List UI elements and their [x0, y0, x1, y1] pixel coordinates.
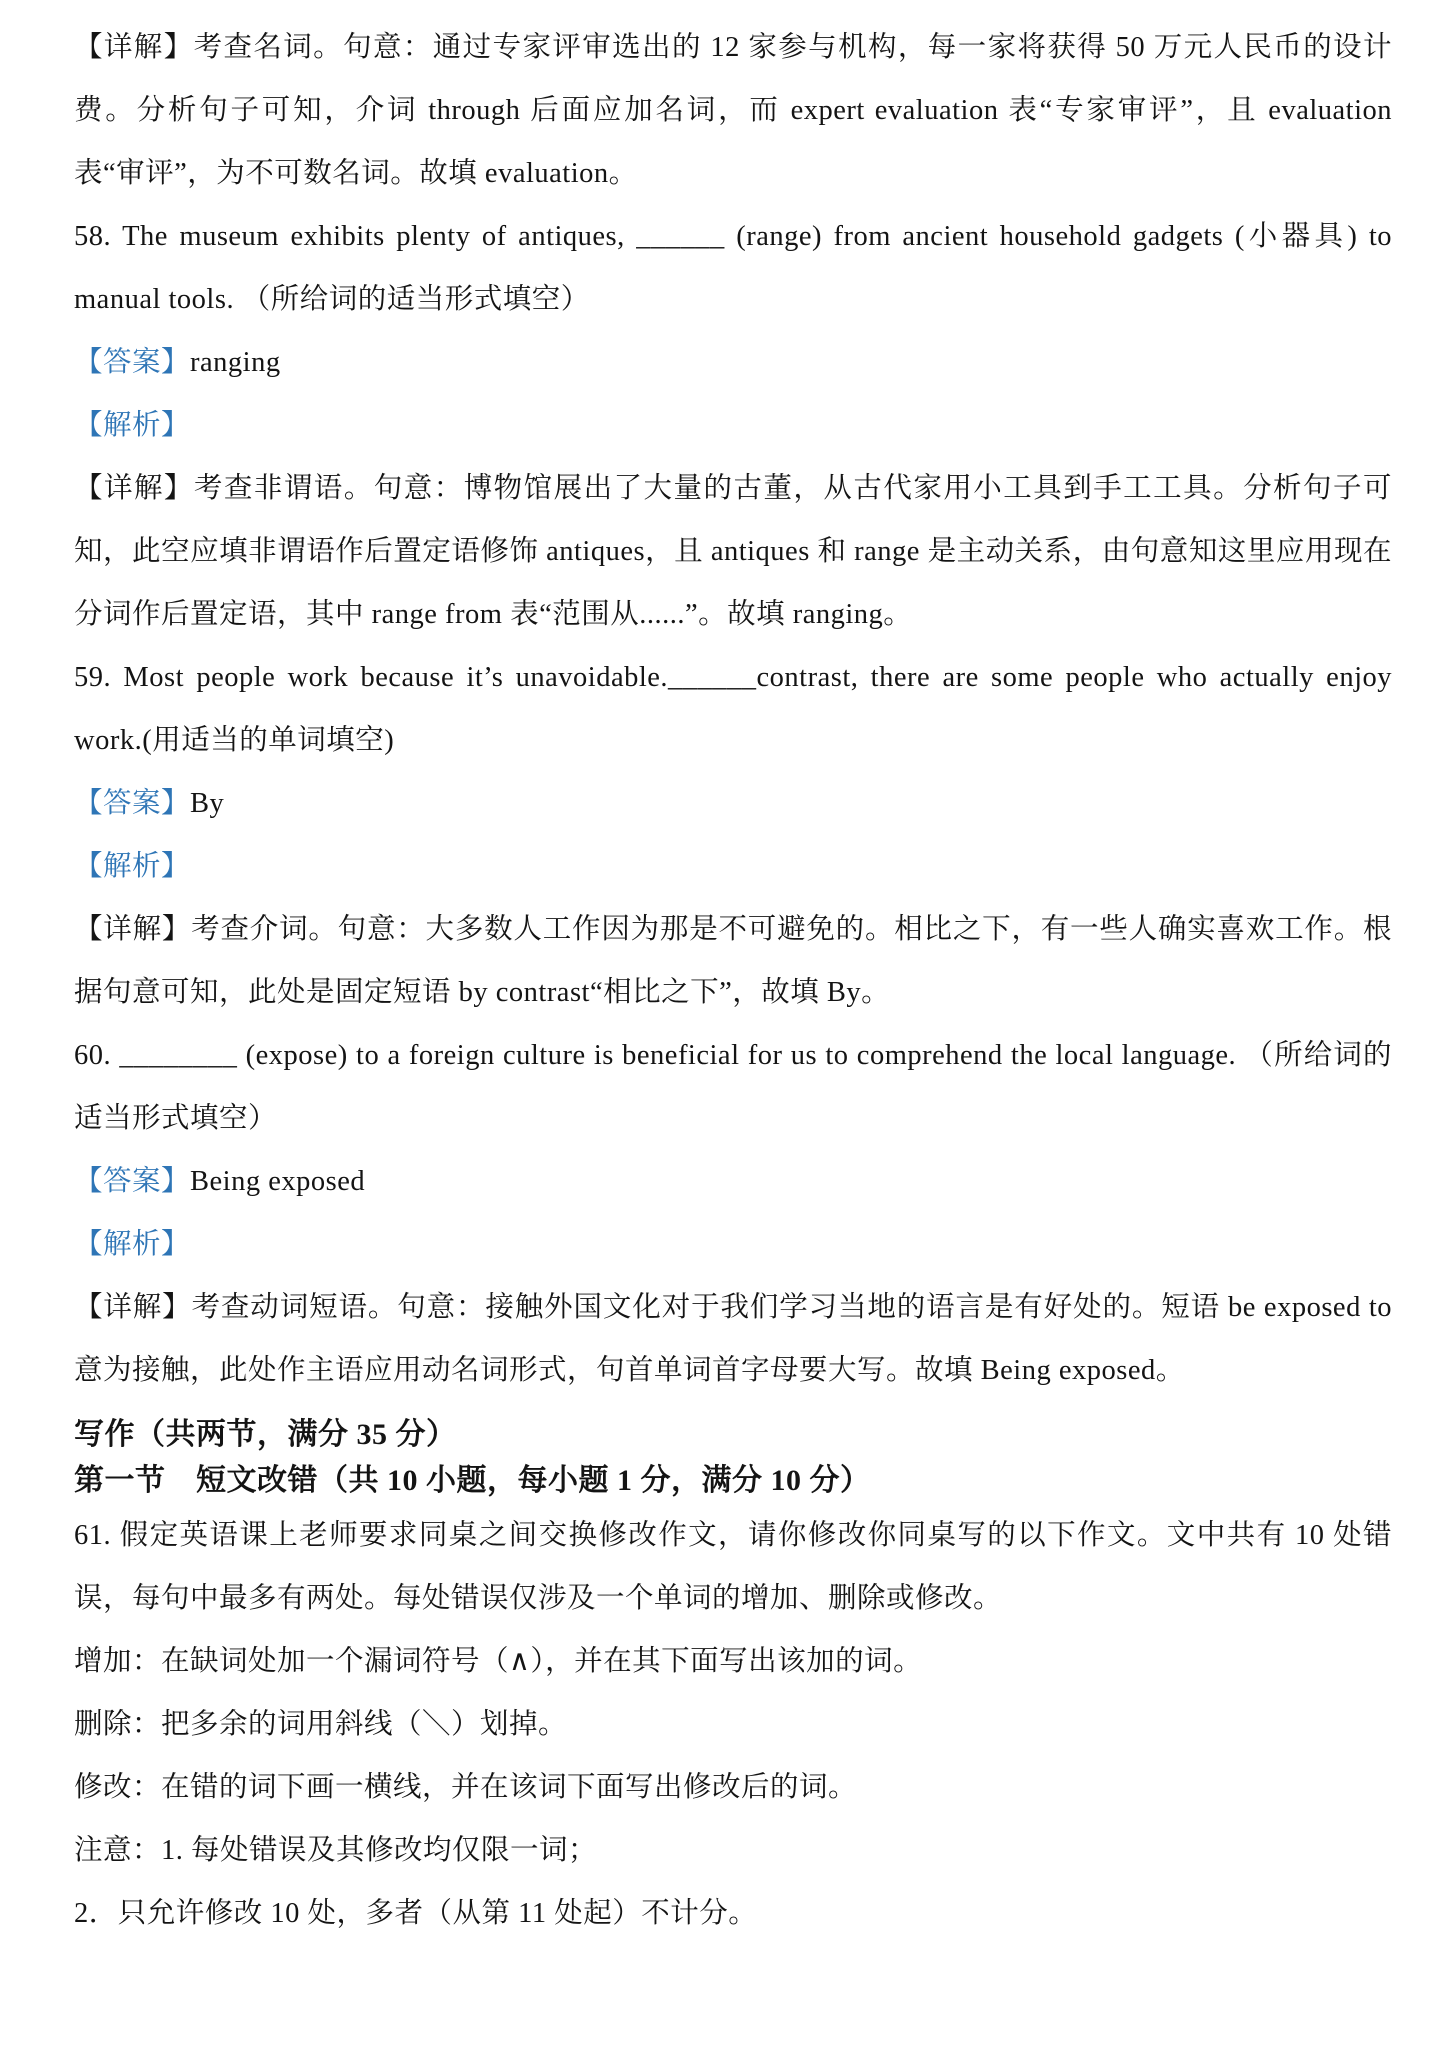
exam-answer-document-page: 【详解】考查名词。句意：通过专家评审选出的 12 家参与机构，每一家将获得 50…: [0, 0, 1448, 2048]
q58-answer-line: 【答案】ranging: [74, 331, 1392, 394]
writing-section-heading: 写作（共两节，满分 35 分）: [74, 1402, 1392, 1458]
q58-analysis-line: 【解析】: [74, 394, 1392, 457]
error-correction-subheading: 第一节 短文改错（共 10 小题，每小题 1 分，满分 10 分）: [74, 1458, 1392, 1504]
q58-answer-value: ranging: [190, 347, 281, 378]
q61-rule-modify: 修改：在错的词下画一横线，并在该词下面写出修改后的词。: [74, 1756, 1392, 1819]
answer-label: 【答案】: [74, 1166, 190, 1197]
q61-intro-paragraph: 61. 假定英语课上老师要求同桌之间交换修改作文，请你修改你同桌写的以下作文。文…: [74, 1504, 1392, 1630]
q61-rule-add: 增加：在缺词处加一个漏词符号（∧），并在其下面写出该加的词。: [74, 1630, 1392, 1693]
analysis-label: 【解析】: [74, 410, 190, 441]
q58-question: 58. The museum exhibits plenty of antiqu…: [74, 205, 1392, 331]
q61-rule-delete: 删除：把多余的词用斜线（＼）划掉。: [74, 1693, 1392, 1756]
q60-answer-line: 【答案】Being exposed: [74, 1150, 1392, 1213]
q61-note-2: 2．只允许修改 10 处，多者（从第 11 处起）不计分。: [74, 1882, 1392, 1945]
q60-detail-paragraph: 【详解】考查动词短语。句意：接触外国文化对于我们学习当地的语言是有好处的。短语 …: [74, 1276, 1392, 1402]
q59-answer-line: 【答案】By: [74, 772, 1392, 835]
q59-detail-paragraph: 【详解】考查介词。句意：大多数人工作因为那是不可避免的。相比之下，有一些人确实喜…: [74, 898, 1392, 1024]
q60-question: 60. ________ (expose) to a foreign cultu…: [74, 1024, 1392, 1150]
q57-detail-paragraph: 【详解】考查名词。句意：通过专家评审选出的 12 家参与机构，每一家将获得 50…: [74, 16, 1392, 205]
q59-analysis-line: 【解析】: [74, 835, 1392, 898]
analysis-label: 【解析】: [74, 1229, 190, 1260]
q60-answer-value: Being exposed: [190, 1166, 365, 1197]
q60-analysis-line: 【解析】: [74, 1213, 1392, 1276]
q58-detail-paragraph: 【详解】考查非谓语。句意：博物馆展出了大量的古董，从古代家用小工具到手工工具。分…: [74, 457, 1392, 646]
q59-answer-value: By: [190, 788, 224, 819]
q59-question: 59. Most people work because it’s unavoi…: [74, 646, 1392, 772]
answer-label: 【答案】: [74, 788, 190, 819]
analysis-label: 【解析】: [74, 851, 190, 882]
q61-note-1: 注意：1. 每处错误及其修改均仅限一词；: [74, 1819, 1392, 1882]
answer-label: 【答案】: [74, 347, 190, 378]
